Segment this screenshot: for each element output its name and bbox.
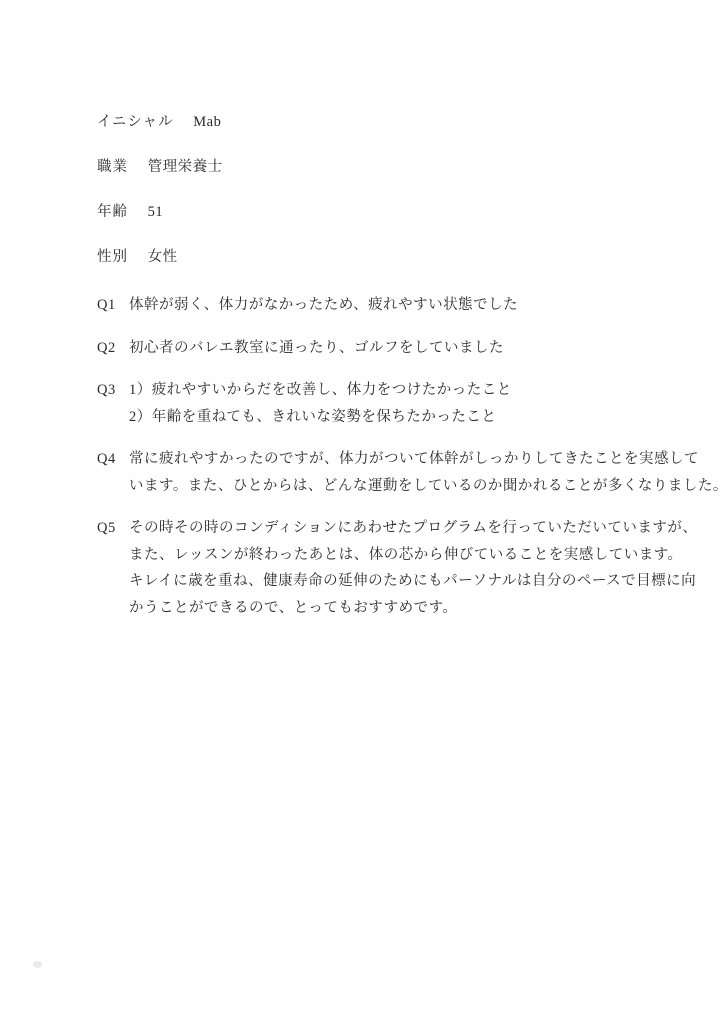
profile-fields: イニシャル Mab 職業 管理栄養士 年齢 51 性別 女性 xyxy=(97,112,672,267)
answer-line: 1）疲れやすいからだを改善し、体力をつけたかったこと xyxy=(129,377,672,404)
question-q1-answer: 体幹が弱く、体力がなかったため、疲れやすい状態でした xyxy=(129,292,672,319)
scan-artifact xyxy=(33,961,42,968)
field-label-gender: 性別 xyxy=(97,249,128,265)
field-row-gender: 性別 女性 xyxy=(97,247,672,267)
question-q2-label: Q2 xyxy=(97,335,120,362)
field-value-age: 51 xyxy=(148,204,164,220)
question-q5-label: Q5 xyxy=(97,515,120,542)
field-row-age: 年齢 51 xyxy=(97,202,672,222)
question-q3: Q3 1）疲れやすいからだを改善し、体力をつけたかったこと 2）年齢を重ねても、… xyxy=(97,377,672,430)
question-q3-answer: 1）疲れやすいからだを改善し、体力をつけたかったこと 2）年齢を重ねても、きれい… xyxy=(129,377,672,430)
question-q3-label: Q3 xyxy=(97,377,120,404)
scanned-document-page: イニシャル Mab 職業 管理栄養士 年齢 51 性別 女性 Q1 体幹が弱く、… xyxy=(0,0,725,1024)
field-value-occupation: 管理栄養士 xyxy=(148,159,223,175)
questions-section: Q1 体幹が弱く、体力がなかったため、疲れやすい状態でした Q2 初心者のバレエ… xyxy=(97,292,672,621)
question-q5-answer: その時その時のコンディションにあわせたプログラムを行っていただいていますが、 ま… xyxy=(129,515,697,621)
question-q4-label: Q4 xyxy=(97,446,120,473)
question-q1: Q1 体幹が弱く、体力がなかったため、疲れやすい状態でした xyxy=(97,292,672,319)
question-q2: Q2 初心者のバレエ教室に通ったり、ゴルフをしていました xyxy=(97,335,672,362)
field-label-initial: イニシャル xyxy=(97,114,174,130)
answer-line: います。また、ひとからは、どんな運動をしているのか聞かれることが多くなりました。 xyxy=(129,473,725,500)
question-q4: Q4 常に疲れやすかったのですが、体力がついて体幹がしっかりしてきたことを実感し… xyxy=(97,446,672,499)
question-q4-answer: 常に疲れやすかったのですが、体力がついて体幹がしっかりしてきたことを実感して い… xyxy=(129,446,725,499)
field-value-initial: Mab xyxy=(193,114,221,130)
question-q2-answer: 初心者のバレエ教室に通ったり、ゴルフをしていました xyxy=(129,335,672,362)
field-row-occupation: 職業 管理栄養士 xyxy=(97,157,672,177)
answer-line: また、レッスンが終わったあとは、体の芯から伸びていることを実感しています。 xyxy=(129,542,697,569)
field-value-gender: 女性 xyxy=(148,249,178,265)
answer-line: 体幹が弱く、体力がなかったため、疲れやすい状態でした xyxy=(129,292,672,319)
field-label-occupation: 職業 xyxy=(97,159,128,175)
answer-line: キレイに歳を重ね、健康寿命の延伸のためにもパーソナルは自分のペースで目標に向 xyxy=(129,568,697,595)
answer-line: 常に疲れやすかったのですが、体力がついて体幹がしっかりしてきたことを実感して xyxy=(129,446,725,473)
answer-line: その時その時のコンディションにあわせたプログラムを行っていただいていますが、 xyxy=(129,515,697,542)
answer-line: かうことができるので、とってもおすすめです。 xyxy=(129,595,697,622)
field-label-age: 年齢 xyxy=(97,204,128,220)
answer-line: 初心者のバレエ教室に通ったり、ゴルフをしていました xyxy=(129,335,672,362)
question-q1-label: Q1 xyxy=(97,292,120,319)
answer-line: 2）年齢を重ねても、きれいな姿勢を保ちたかったこと xyxy=(129,404,672,431)
document-content: イニシャル Mab 職業 管理栄養士 年齢 51 性別 女性 Q1 体幹が弱く、… xyxy=(97,112,672,637)
field-row-initial: イニシャル Mab xyxy=(97,112,672,132)
question-q5: Q5 その時その時のコンディションにあわせたプログラムを行っていただいていますが… xyxy=(97,515,672,621)
